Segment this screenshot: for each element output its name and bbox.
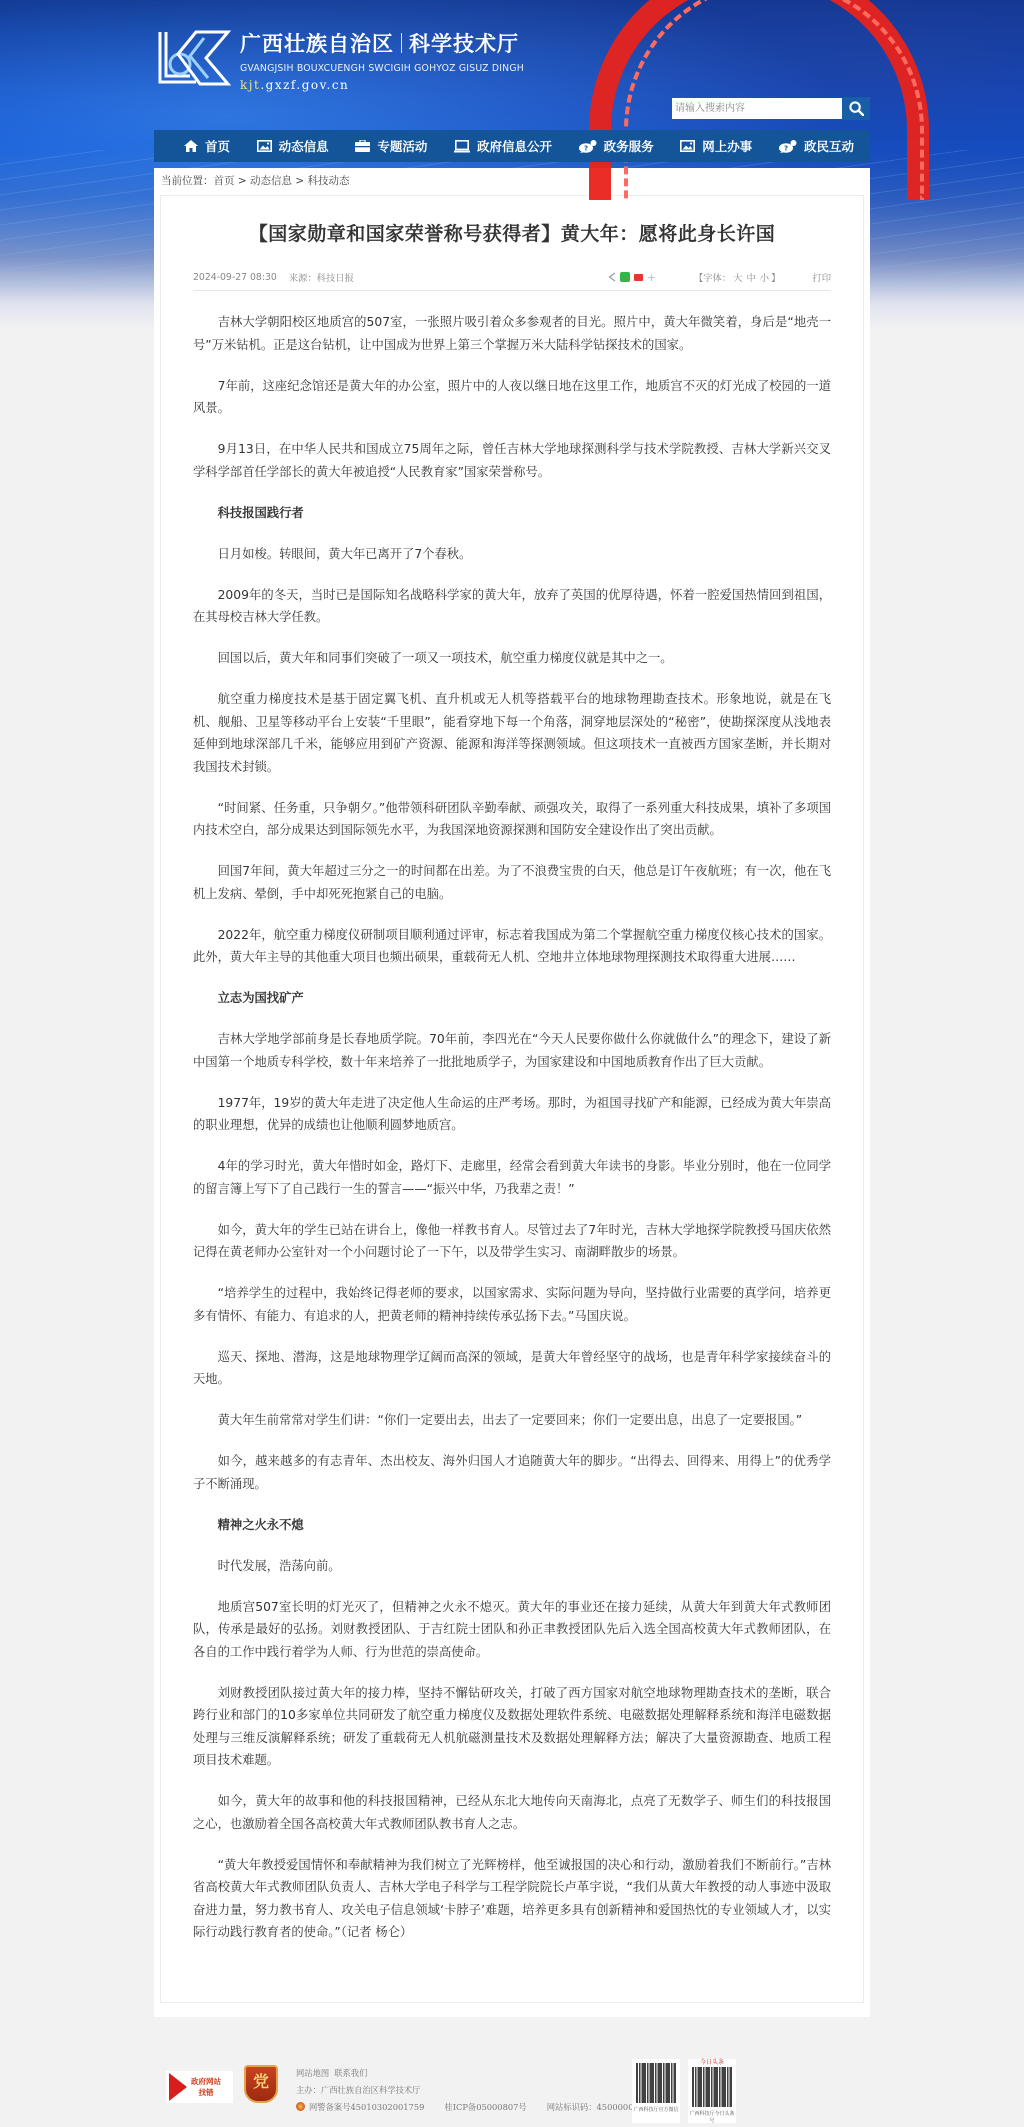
more-share-icon[interactable]: + bbox=[647, 271, 656, 284]
site-url[interactable]: kjt.gxzf.gov.cn bbox=[240, 78, 524, 92]
nav-item-label: 专题活动 bbox=[377, 137, 427, 155]
nav-item-gov-services[interactable]: ? 政务服务 bbox=[579, 137, 654, 155]
article-paragraph: 1977年，19岁的黄大年走进了决定他人生命运的庄严考场。那时，为祖国寻找矿产和… bbox=[193, 1092, 831, 1137]
icp-record[interactable]: 桂ICP备05000807号 bbox=[444, 2102, 526, 2112]
share-bar: + bbox=[608, 271, 656, 284]
svg-text:?: ? bbox=[784, 144, 788, 152]
magnifier-flag-icon bbox=[169, 2073, 187, 2101]
picture-icon bbox=[257, 140, 272, 152]
nav-item-special-events[interactable]: 专题活动 bbox=[355, 137, 427, 155]
qr-label: 广西科技厅今日头条号 bbox=[688, 2111, 736, 2125]
breadcrumb-separator: > bbox=[292, 175, 307, 187]
font-size-label: 【字体： bbox=[694, 273, 731, 284]
article-paragraph: 吉林大学朝阳校区地质宫的507室，一张照片吸引着众多参观者的目光。照片中，黄大年… bbox=[193, 311, 831, 356]
nav-item-label: 政民互动 bbox=[804, 137, 854, 155]
party-badge-icon: 党 bbox=[253, 2072, 269, 2091]
nav-item-news[interactable]: 动态信息 bbox=[257, 137, 329, 155]
party-org-badge[interactable]: 党 bbox=[244, 2065, 278, 2103]
article-paragraph: 4年的学习时光，黄大年惜时如金，路灯下、走廊里，经常会看到黄大年读书的身影。毕业… bbox=[193, 1155, 831, 1200]
nav-item-online-services[interactable]: 网上办事 bbox=[680, 137, 752, 155]
article: 【国家勋章和国家荣誉称号获得者】黄大年：愿将此身长许国 2024-09-27 0… bbox=[160, 195, 864, 2003]
home-icon bbox=[184, 140, 198, 152]
article-paragraph: 如今，黄大年的故事和他的科技报国精神，已经从东北大地传向天南海北，点亮了无数学子… bbox=[193, 1790, 831, 1835]
article-paragraph: 吉林大学地学部前身是长春地质学院。70年前，李四光在“今天人民要你做什么你就做什… bbox=[193, 1028, 831, 1073]
article-title: 【国家勋章和国家荣誉称号获得者】黄大年：愿将此身长许国 bbox=[193, 196, 831, 264]
article-paragraph: 航空重力梯度技术是基于固定翼飞机、直升机或无人机等搭载平台的地球物理勘查技术。形… bbox=[193, 688, 831, 778]
badge-line-1: 政府网站 bbox=[191, 2077, 221, 2086]
article-paragraph: 日月如梭。转眼间，黄大年已离开了7个春秋。 bbox=[193, 543, 831, 566]
nav-item-label: 首页 bbox=[205, 137, 230, 155]
site-header: 广西壮族自治区科学技术厅 GVANGJSIH BOUXCUENGH SWCIGI… bbox=[154, 0, 870, 130]
chat-bubble-icon: ? bbox=[779, 140, 797, 153]
search-button[interactable] bbox=[842, 97, 870, 120]
article-paragraph: 2022年，航空重力梯度仪研制项目顺利通过评审，标志着我国成为第二个掌握航空重力… bbox=[193, 924, 831, 969]
font-size-control: 【字体：大中小】 bbox=[694, 270, 780, 284]
print-button[interactable]: 打印 bbox=[812, 270, 831, 284]
section-heading: 精神之火永不熄 bbox=[193, 1514, 831, 1537]
article-paragraph: 2009年的冬天，当时已是国际知名战略科学家的黄大年，放弃了英国的优厚待遇，怀着… bbox=[193, 584, 831, 629]
section-heading: 科技报国践行者 bbox=[193, 502, 831, 525]
qr-code-icon bbox=[692, 2067, 732, 2107]
contact-link[interactable]: 联系我们 bbox=[334, 2068, 367, 2078]
search-input[interactable] bbox=[672, 98, 842, 119]
police-emblem-icon bbox=[296, 2102, 305, 2111]
qr-label: 广西科技厅官方微信 bbox=[632, 2107, 680, 2114]
main-nav: 首页 动态信息 专题活动 政府信息公开 ? 政务服务 网上办事 ? 政民互动 bbox=[154, 130, 870, 162]
briefcase-icon bbox=[355, 140, 370, 152]
toutiao-logo: 今日头条 bbox=[688, 2059, 736, 2067]
nav-item-label: 政府信息公开 bbox=[477, 137, 552, 155]
title-divider bbox=[401, 33, 402, 53]
weibo-share-icon[interactable] bbox=[634, 274, 643, 281]
badge-line-2: 找错 bbox=[199, 2088, 214, 2097]
article-paragraph: 时代发展，浩荡向前。 bbox=[193, 1555, 831, 1578]
wechat-qr-code: 广西科技厅官方微信 bbox=[632, 2059, 680, 2123]
site-logo-icon[interactable] bbox=[156, 28, 232, 88]
article-paragraph: 刘财教授团队接过黄大年的接力棒，坚持不懈钻研攻关，打破了西方国家对航空地球物理勘… bbox=[193, 1682, 831, 1772]
page-container: 广西壮族自治区科学技术厅 GVANGJSIH BOUXCUENGH SWCIGI… bbox=[154, 0, 870, 2017]
article-paragraph: 巡天、探地、潜海，这是地球物理学辽阔而高深的领域，是黄大年曾经坚守的战场，也是青… bbox=[193, 1346, 831, 1391]
font-size-small[interactable]: 小 bbox=[760, 273, 769, 284]
breadcrumb-home[interactable]: 首页 bbox=[214, 175, 235, 187]
breadcrumb-tech-news[interactable]: 科技动态 bbox=[307, 175, 349, 187]
nav-item-gov-info[interactable]: 政府信息公开 bbox=[454, 137, 552, 155]
article-paragraph: “培养学生的过程中，我始终记得老师的要求，以国家需求、实际问题为导向，坚持做行业… bbox=[193, 1282, 831, 1327]
site-url-suffix: .gxzf.gov.cn bbox=[260, 78, 349, 92]
monitor-icon bbox=[454, 140, 470, 153]
font-size-large[interactable]: 大 bbox=[733, 273, 742, 284]
article-paragraph: 如今，越来越多的有志青年、杰出校友、海外归国人才追随黄大年的脚步。“出得去、回得… bbox=[193, 1450, 831, 1495]
chat-bubble-icon: ? bbox=[579, 140, 597, 153]
toutiao-qr-code: 今日头条 广西科技厅今日头条号 bbox=[688, 2059, 736, 2123]
article-source: 来源：科技日报 bbox=[289, 270, 354, 284]
search-icon bbox=[849, 101, 864, 116]
main-content: 当前位置：首页 > 动态信息 > 科技动态 【国家勋章和国家荣誉称号获得者】黄大… bbox=[154, 168, 870, 2017]
search-bar bbox=[672, 97, 870, 120]
nav-item-label: 动态信息 bbox=[279, 137, 329, 155]
article-paragraph: 9月13日，在中华人民共和国成立75周年之际，曾任吉林大学地球探测科学与技术学院… bbox=[193, 438, 831, 483]
breadcrumb-prefix: 当前位置： bbox=[161, 175, 214, 187]
site-url-prefix: kjt bbox=[240, 78, 260, 92]
site-name-region: 广西壮族自治区 bbox=[240, 31, 394, 56]
share-icon[interactable] bbox=[608, 272, 616, 282]
gov-site-error-report-badge[interactable]: 政府网站找错 bbox=[166, 2071, 233, 2103]
font-size-medium[interactable]: 中 bbox=[746, 273, 755, 284]
article-paragraph: 如今，黄大年的学生已站在讲台上，像他一样教书育人。尽管过去了7年时光，吉林大学地… bbox=[193, 1219, 831, 1264]
article-paragraph: 7年前，这座纪念馆还是黄大年的办公室，照片中的人夜以继日地在这里工作，地质宫不灭… bbox=[193, 375, 831, 420]
article-paragraph: “黄大年教授爱国情怀和奉献精神为我们树立了光辉榜样，他至诚报国的决心和行动，激励… bbox=[193, 1854, 831, 1944]
nav-item-interaction[interactable]: ? 政民互动 bbox=[779, 137, 854, 155]
article-meta: 2024-09-27 08:30 来源：科技日报 + 【字体：大中小】 打印 bbox=[193, 264, 831, 291]
article-paragraph: 回国7年间，黄大年超过三分之一的时间都在出差。为了不浪费宝贵的白天，他总是订午夜… bbox=[193, 860, 831, 905]
article-paragraph: “时间紧、任务重，只争朝夕。”他带领科研团队辛勤奉献、顽强攻关，取得了一系列重大… bbox=[193, 797, 831, 842]
footer-links: 网站地图联系我们 bbox=[296, 2065, 649, 2082]
svg-text:?: ? bbox=[584, 144, 588, 152]
site-name-dept: 科学技术厅 bbox=[409, 31, 519, 56]
sitemap-link[interactable]: 网站地图 bbox=[296, 2068, 329, 2078]
article-paragraph: 回国以后，黄大年和同事们突破了一项又一项技术，航空重力梯度仪就是其中之一。 bbox=[193, 647, 831, 670]
nav-item-home[interactable]: 首页 bbox=[184, 137, 230, 155]
footer-info: 网站地图联系我们 主办：广西壮族自治区科学技术厅 网警备案号4501030200… bbox=[296, 2065, 649, 2116]
wechat-share-icon[interactable] bbox=[620, 272, 630, 282]
article-body: 吉林大学朝阳校区地质宫的507室，一张照片吸引着众多参观者的目光。照片中，黄大年… bbox=[193, 291, 831, 1944]
site-footer: 政府网站找错 党 网站地图联系我们 主办：广西壮族自治区科学技术厅 网警备案号4… bbox=[154, 2047, 870, 2127]
site-name-english: GVANGJSIH BOUXCUENGH SWCIGIH GOHYOZ GISU… bbox=[240, 63, 524, 74]
nav-item-label: 网上办事 bbox=[702, 137, 752, 155]
organizer-text: 主办：广西壮族自治区科学技术厅 bbox=[296, 2082, 649, 2099]
qr-code-icon bbox=[636, 2063, 676, 2103]
font-size-label-close: 】 bbox=[771, 273, 780, 284]
nav-item-label: 政务服务 bbox=[604, 137, 654, 155]
article-paragraph: 黄大年生前常常对学生们讲：“你们一定要出去，出去了一定要回来；你们一定要出息，出… bbox=[193, 1409, 831, 1432]
picture-icon bbox=[680, 140, 695, 152]
publish-date: 2024-09-27 08:30 bbox=[193, 272, 277, 283]
site-title: 广西壮族自治区科学技术厅 GVANGJSIH BOUXCUENGH SWCIGI… bbox=[240, 28, 524, 92]
breadcrumb-news[interactable]: 动态信息 bbox=[250, 175, 292, 187]
police-record[interactable]: 网警备案号45010302001759 bbox=[309, 2102, 424, 2112]
article-paragraph: 地质宫507室长明的灯光灭了，但精神之火永不熄灭。黄大年的事业还在接力延续，从黄… bbox=[193, 1596, 831, 1664]
section-heading: 立志为国找矿产 bbox=[193, 987, 831, 1010]
breadcrumb-separator: > bbox=[235, 175, 250, 187]
